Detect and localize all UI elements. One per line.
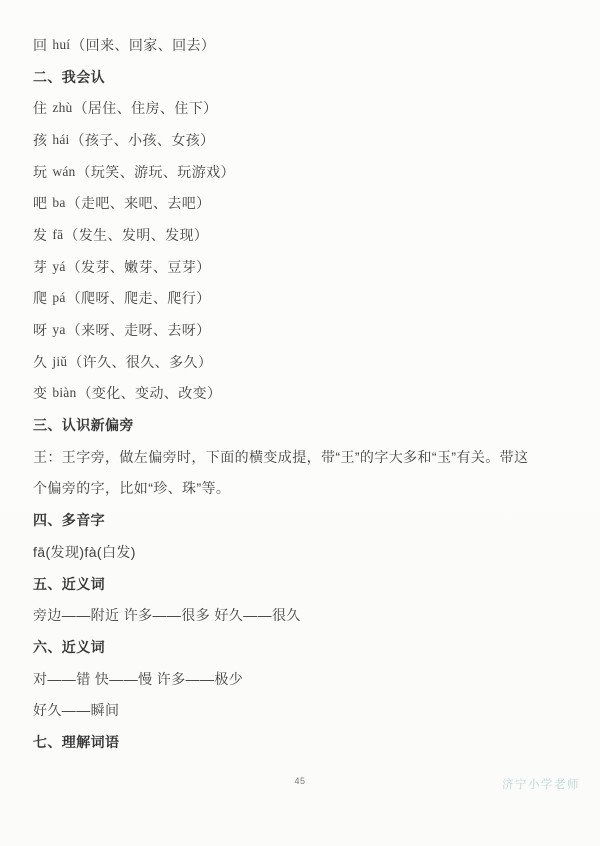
entry-pinyin: biàn <box>52 385 76 401</box>
entry-words: （居住、住房、住下） <box>74 98 218 118</box>
entry-words: （变化、变动、改变） <box>77 383 221 403</box>
entry-pinyin: pá <box>52 290 65 306</box>
entry-character: 久 <box>33 352 47 372</box>
watermark-text: 济宁小学老师 <box>502 776 580 792</box>
section-heading: 四、多音字 <box>33 504 567 536</box>
section-heading: 五、近义词 <box>33 568 567 600</box>
vocab-entry: 住 zhù （居住、住房、住下） <box>33 92 567 124</box>
vocab-entry: 芽 yá （发芽、嫩芽、豆芽） <box>33 251 567 283</box>
entry-character: 住 <box>33 98 47 118</box>
vocab-entry: 吧 ba （走吧、来吧、去吧） <box>33 187 567 219</box>
entry-character: 呀 <box>33 320 47 340</box>
entry-words: （爬呀、爬走、爬行） <box>67 288 211 308</box>
section-heading: 七、理解词语 <box>33 726 567 758</box>
entry-pinyin: jiǔ <box>52 354 67 370</box>
body-line: 个偏旁的字，比如“珍、珠”等。 <box>33 473 567 505</box>
body-line: 好久——瞬间 <box>33 694 567 726</box>
entry-words: （玩笑、游玩、玩游戏） <box>77 162 235 182</box>
section-heading: 二、我会认 <box>33 61 567 93</box>
section-heading: 三、认识新偏旁 <box>33 409 567 441</box>
vocab-entry: 爬 pá （爬呀、爬走、爬行） <box>33 283 567 315</box>
entry-character: 回 <box>33 35 47 55</box>
document-page: 回 huí （回来、回家、回去） 二、我会认 住 zhù （居住、住房、住下） … <box>0 0 600 846</box>
vocab-entry: 呀 ya （来呀、走呀、去呀） <box>33 314 567 346</box>
entry-character: 变 <box>33 383 47 403</box>
document-content: 回 huí （回来、回家、回去） 二、我会认 住 zhù （居住、住房、住下） … <box>0 0 600 758</box>
vocab-entry: 孩 hái （孩子、小孩、女孩） <box>33 124 567 156</box>
entry-character: 芽 <box>33 257 47 277</box>
entry-pinyin: ya <box>52 322 65 338</box>
vocab-entry: 久 jiǔ （许久、很久、多久） <box>33 346 567 378</box>
section-heading: 六、近义词 <box>33 631 567 663</box>
entry-pinyin: hái <box>52 132 69 148</box>
entry-character: 孩 <box>33 130 47 150</box>
entry-pinyin: wán <box>52 164 75 180</box>
page-footer: 45 济宁小学老师 <box>0 776 600 794</box>
entry-pinyin: yá <box>52 259 65 275</box>
entry-character: 发 <box>33 225 47 245</box>
entry-pinyin: ba <box>52 195 65 211</box>
entry-pinyin: huí <box>52 37 70 53</box>
entry-words: （来呀、走呀、去呀） <box>67 320 211 340</box>
entry-character: 玩 <box>33 162 47 182</box>
entry-words: （走吧、来吧、去吧） <box>67 193 211 213</box>
entry-words: （回来、回家、回去） <box>71 35 215 55</box>
body-line: 旁边——附近 许多——很多 好久——很久 <box>33 599 567 631</box>
vocab-entry: 回 huí （回来、回家、回去） <box>33 29 567 61</box>
vocab-entry: 发 fā （发生、发明、发现） <box>33 219 567 251</box>
body-line: fā(发现)fà(白发) <box>33 536 567 568</box>
entry-pinyin: fā <box>52 227 63 243</box>
entry-character: 爬 <box>33 288 47 308</box>
vocab-entry: 变 biàn （变化、变动、改变） <box>33 378 567 410</box>
entry-words: （孩子、小孩、女孩） <box>71 130 215 150</box>
entry-character: 吧 <box>33 193 47 213</box>
entry-words: （发生、发明、发现） <box>64 225 208 245</box>
entry-pinyin: zhù <box>52 100 72 116</box>
entry-words: （许久、很久、多久） <box>68 352 212 372</box>
entry-words: （发芽、嫩芽、豆芽） <box>67 257 211 277</box>
body-line: 王：王字旁，做左偏旁时，下面的横变成提，带“王”的字大多和“玉”有关。带这 <box>33 441 567 473</box>
vocab-entry: 玩 wán （玩笑、游玩、玩游戏） <box>33 156 567 188</box>
body-line: 对——错 快——慢 许多——极少 <box>33 663 567 695</box>
